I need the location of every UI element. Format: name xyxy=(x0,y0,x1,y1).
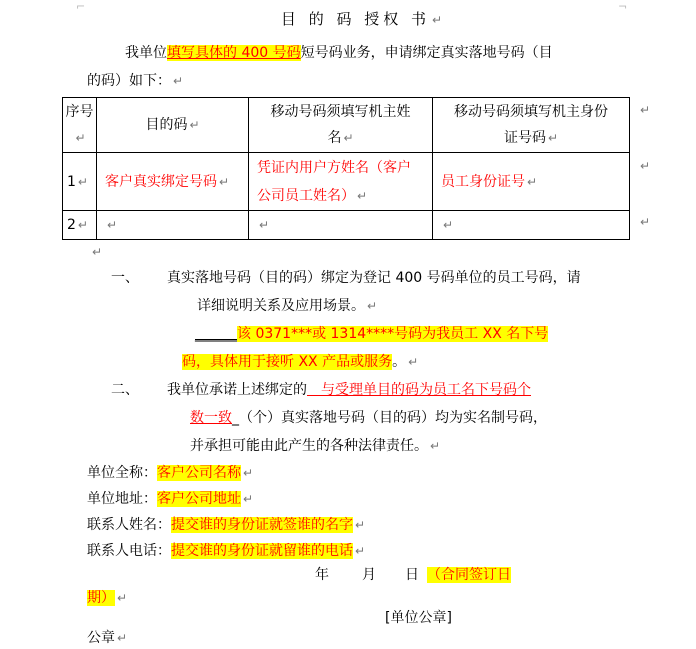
field-label: 单位地址： xyxy=(87,491,157,507)
intro-paragraph: 我单位填写具体的 400 号码短号码业务，申请绑定真实落地号码（目 的码）如下：… xyxy=(87,39,640,95)
row1-cell-dest: 客户真实绑定号码↵ xyxy=(97,153,249,211)
header-cell-owner: 移动号码须填写机主姓名↵ xyxy=(249,98,433,153)
section-one-text2: 详细说明关系及应用场景。 xyxy=(197,298,365,314)
pilcrow-mark: ↵ xyxy=(355,189,367,203)
row2-cell-id: ↵ xyxy=(433,211,630,240)
pilcrow-mark: ↵ xyxy=(115,591,127,605)
field-value: 提交谁的身份证就留谁的电话 xyxy=(171,543,353,559)
row1-owner-line2: 公司员工姓名） xyxy=(257,188,355,204)
date-line-2: 期）↵ xyxy=(87,587,640,610)
header-cell-dest: 目的码↵ xyxy=(97,98,249,153)
section-two-red-text2: 数一致 xyxy=(190,410,232,426)
table-header-row: 序号↵ 目的码↵ 移动号码须填写机主姓名↵ 移动号码须填写机主身份证号码↵ xyxy=(63,98,630,153)
intro-pre-text: 我单位 xyxy=(125,45,167,61)
row1-cell-no: 1↵ xyxy=(63,153,97,211)
date-highlight-text2: 期） xyxy=(87,590,115,606)
page-title: 目 的 码 授权 书↵ xyxy=(87,8,640,31)
section-two-pre-text: 我单位承诺上述绑定的 xyxy=(167,382,307,398)
intro-line2-text: 的码）如下： xyxy=(87,73,171,89)
pilcrow-mark: ↵ xyxy=(105,218,117,232)
pilcrow-mark: ↵ xyxy=(640,159,650,173)
pilcrow-mark: ↵ xyxy=(241,466,253,480)
section-one-line-1: 一、真实落地号码（目的码）绑定为登记 400 号码单位的员工号码，请 xyxy=(87,264,640,292)
seal-line: 公章↵ xyxy=(87,627,640,649)
pilcrow-mark: ↵ xyxy=(76,218,88,232)
section-one-number: 一、 xyxy=(111,264,167,292)
header-id-line1: 移动号码须填写机主身份 xyxy=(454,104,608,120)
document-body: 目 的 码 授权 书↵ 我单位填写具体的 400 号码短号码业务，申请绑定真实落… xyxy=(0,0,640,649)
seal-text: 公章 xyxy=(87,630,115,646)
section-one-highlight-line-2: 码，具体用于接听 XX 产品或服务。↵ xyxy=(87,348,640,376)
header-dest-text: 目的码 xyxy=(145,117,187,133)
date-highlight-text1: （合同签订日 xyxy=(427,567,511,583)
field-row-company-name: 单位全称：客户公司名称↵ xyxy=(87,460,640,486)
header-cell-id: 移动号码须填写机主身份证号码↵ xyxy=(433,98,630,153)
table-row-2: 2↵ ↵ ↵ ↵ xyxy=(63,211,630,240)
section-two-red-text1: ＿与受理单目的码为员工名下号码个 xyxy=(307,382,531,398)
section-two-number: 二、 xyxy=(111,376,167,404)
field-value: 客户公司地址 xyxy=(157,491,241,507)
pilcrow-mark: ↵ xyxy=(341,131,353,145)
intro-line-1: 我单位填写具体的 400 号码短号码业务，申请绑定真实落地号码（目 xyxy=(87,39,640,67)
authorization-table: 序号↵ 目的码↵ 移动号码须填写机主姓名↵ 移动号码须填写机主身份证号码↵ 1↵… xyxy=(62,97,630,240)
pilcrow-mark: ↵ xyxy=(241,492,253,506)
day-label: 日 xyxy=(405,567,419,583)
year-label: 年 xyxy=(315,567,329,583)
pilcrow-mark: ↵ xyxy=(546,131,558,145)
field-label: 单位全称： xyxy=(87,465,157,481)
pilcrow-mark: ↵ xyxy=(90,245,102,259)
section-one-highlight-line-1: ______该 0371***或 1314****号码为我员工 XX 名下号 xyxy=(87,320,640,348)
pilcrow-mark: ↵ xyxy=(525,175,537,189)
pilcrow-mark: ↵ xyxy=(73,131,85,145)
field-label: 联系人姓名： xyxy=(87,517,171,533)
section-two-line-1: 二、我单位承诺上述绑定的＿与受理单目的码为员工名下号码个 xyxy=(87,376,640,404)
section-two-text3: 并承担可能由此产生的各种法律责任。 xyxy=(190,438,428,454)
header-no-text: 序号 xyxy=(66,104,94,120)
header-id-line2: 证号码 xyxy=(504,130,546,146)
header-owner-line2: 名 xyxy=(327,130,341,146)
empty-paragraph: ↵ xyxy=(87,240,640,264)
date-line-1: 年月日（合同签订日 xyxy=(87,564,640,587)
text-boundary-mark-left: ⌐ xyxy=(76,0,85,13)
pilcrow-mark: ↵ xyxy=(257,218,269,232)
section-two-post-text: _（个）真实落地号码（目的码）均为实名制号码， xyxy=(232,410,547,426)
section-two-line-3: 并承担可能由此产生的各种法律责任。↵ xyxy=(87,432,640,460)
pilcrow-mark: ↵ xyxy=(640,215,650,229)
row1-dest-text: 客户真实绑定号码 xyxy=(105,174,217,190)
section-two: 二、我单位承诺上述绑定的＿与受理单目的码为员工名下号码个 数一致_（个）真实落地… xyxy=(87,376,640,460)
row1-no-text: 1 xyxy=(67,174,76,190)
pilcrow-mark: ↵ xyxy=(428,439,440,453)
row1-id-text: 员工身份证号 xyxy=(441,174,525,190)
field-value: 提交谁的身份证就签谁的名字 xyxy=(171,517,353,533)
row2-cell-owner: ↵ xyxy=(249,211,433,240)
pilcrow-mark: ↵ xyxy=(171,74,183,88)
pilcrow-mark: ↵ xyxy=(217,175,229,189)
page-title-text: 目 的 码 授权 书 xyxy=(281,10,430,28)
pilcrow-mark: ↵ xyxy=(441,218,453,232)
pilcrow-mark: ↵ xyxy=(406,355,418,369)
field-row-contact-name: 联系人姓名：提交谁的身份证就签谁的名字↵ xyxy=(87,512,640,538)
section-one-period: 。 xyxy=(392,354,406,370)
section-one: 一、真实落地号码（目的码）绑定为登记 400 号码单位的员工号码，请 详细说明关… xyxy=(87,264,640,376)
word-document-page: { "page": { "title": "目 的 码 授权 书" }, "ma… xyxy=(0,0,696,649)
pilcrow-mark: ↵ xyxy=(365,299,377,313)
row2-cell-dest: ↵ xyxy=(97,211,249,240)
blank-underscores: ______ xyxy=(195,326,237,342)
pilcrow-mark: ↵ xyxy=(353,518,365,532)
month-label: 月 xyxy=(362,567,376,583)
authorization-table-wrapper: 序号↵ 目的码↵ 移动号码须填写机主姓名↵ 移动号码须填写机主身份证号码↵ 1↵… xyxy=(62,97,634,240)
pilcrow-mark: ↵ xyxy=(76,175,88,189)
section-one-highlight-text2: 码，具体用于接听 XX 产品或服务 xyxy=(182,354,392,370)
field-value: 客户公司名称 xyxy=(157,465,241,481)
intro-highlight-text: 填写具体的 400 号码 xyxy=(167,45,301,61)
row1-owner-line1: 凭证内用户方姓名（客户 xyxy=(257,160,411,176)
pilcrow-mark: ↵ xyxy=(353,544,365,558)
row1-cell-id: 员工身份证号↵ xyxy=(433,153,630,211)
table-row-1: 1↵ 客户真实绑定号码↵ 凭证内用户方姓名（客户公司员工姓名）↵ 员工身份证号↵ xyxy=(63,153,630,211)
pilcrow-mark: ↵ xyxy=(115,631,127,645)
field-row-contact-phone: 联系人电话：提交谁的身份证就留谁的电话↵ xyxy=(87,538,640,564)
text-boundary-mark-right: ¬ xyxy=(618,0,627,13)
header-cell-no: 序号↵ xyxy=(63,98,97,153)
section-one-text1: 真实落地号码（目的码）绑定为登记 400 号码单位的员工号码，请 xyxy=(167,270,581,286)
pilcrow-mark: ↵ xyxy=(430,13,446,27)
intro-line-2: 的码）如下：↵ xyxy=(87,67,640,95)
field-row-company-address: 单位地址：客户公司地址↵ xyxy=(87,486,640,512)
section-two-line-2: 数一致_（个）真实落地号码（目的码）均为实名制号码， xyxy=(87,404,640,432)
section-one-line-2: 详细说明关系及应用场景。↵ xyxy=(87,292,640,320)
pilcrow-mark: ↵ xyxy=(640,103,650,117)
date-block: 年月日（合同签订日 期）↵ xyxy=(87,564,640,610)
row2-cell-no: 2↵ xyxy=(63,211,97,240)
pilcrow-mark: ↵ xyxy=(187,118,199,132)
section-one-highlight-text1: 该 0371***或 1314****号码为我员工 XX 名下号 xyxy=(237,326,548,342)
header-owner-line1: 移动号码须填写机主姓 xyxy=(271,104,411,120)
seal-bracket-text: [单位公章] xyxy=(385,610,452,626)
row1-cell-owner: 凭证内用户方姓名（客户公司员工姓名）↵ xyxy=(249,153,433,211)
fields-block: 单位全称：客户公司名称↵ 单位地址：客户公司地址↵ 联系人姓名：提交谁的身份证就… xyxy=(87,460,640,564)
field-label: 联系人电话： xyxy=(87,543,171,559)
intro-post-text: 短号码业务，申请绑定真实落地号码（目 xyxy=(301,45,553,61)
seal-bracket-line: [单位公章] xyxy=(87,610,640,627)
row2-no-text: 2 xyxy=(67,217,76,233)
